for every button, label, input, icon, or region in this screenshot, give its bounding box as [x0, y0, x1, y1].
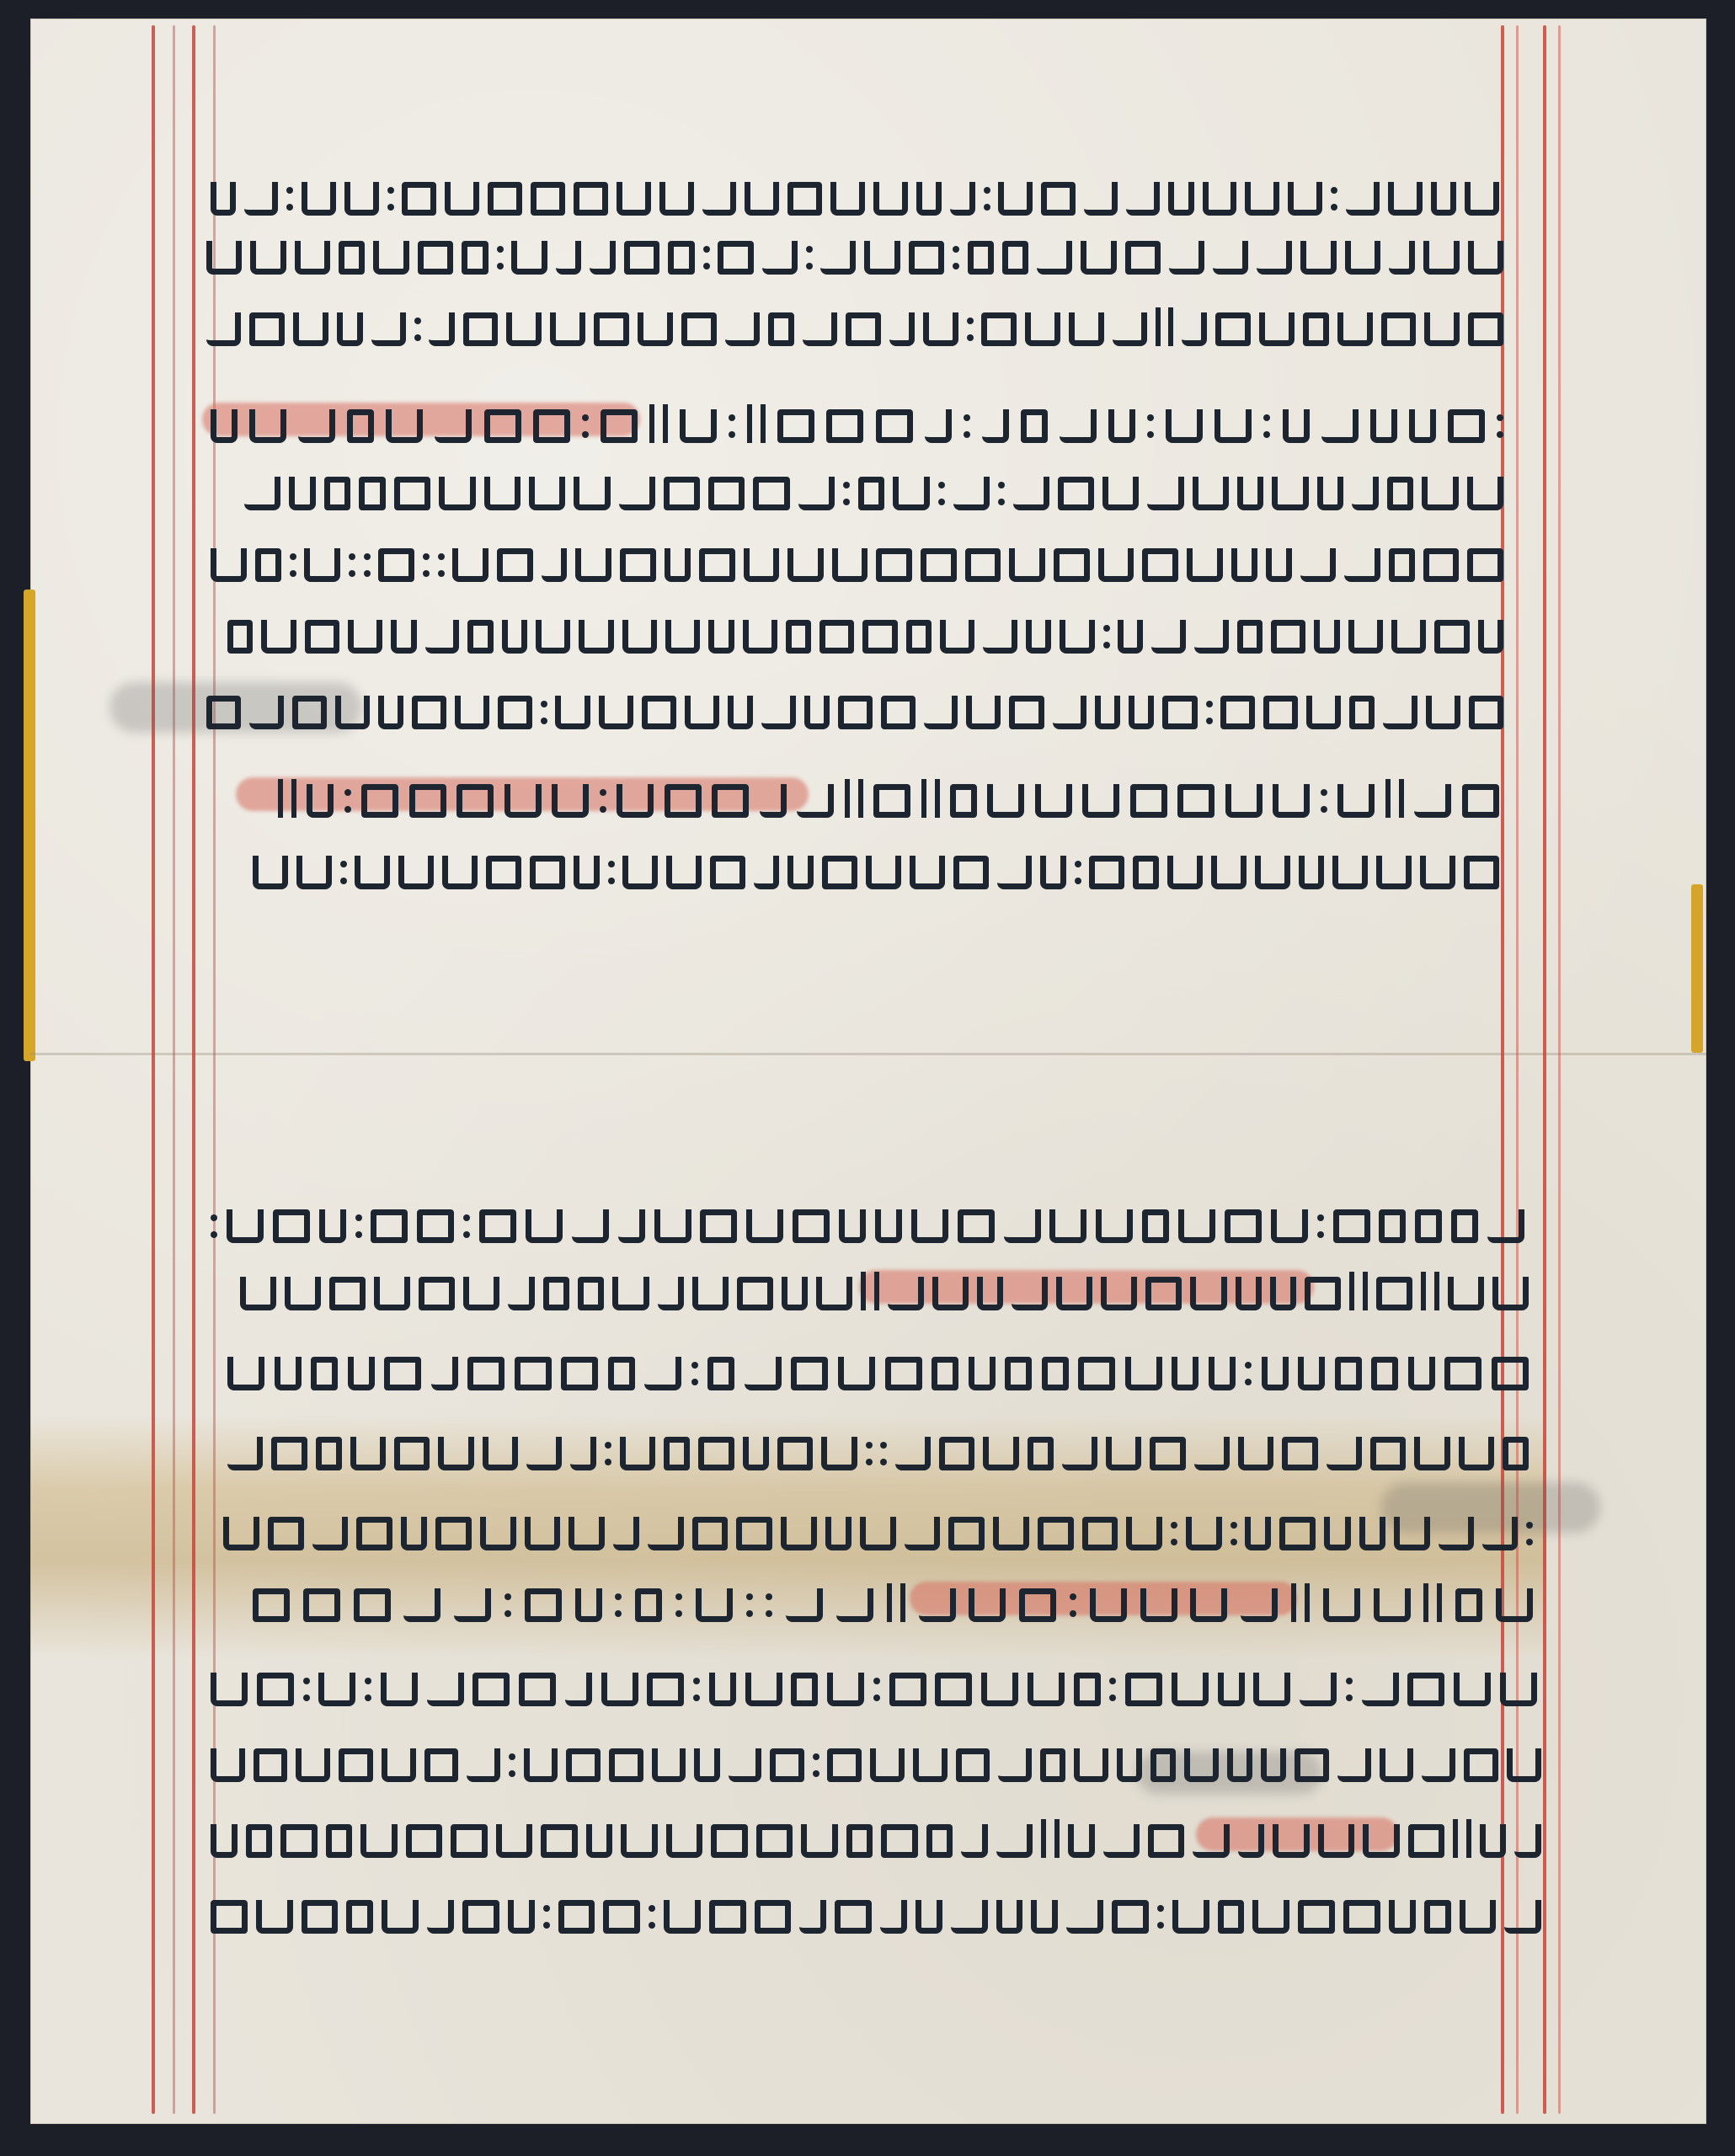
script-glyph	[1422, 1748, 1455, 1782]
script-glyph	[1040, 856, 1066, 889]
script-glyph	[508, 1900, 535, 1934]
visarga-mark	[303, 1673, 310, 1706]
script-glyph	[1004, 1209, 1041, 1243]
script-glyph	[1218, 1900, 1245, 1934]
danda-mark	[1453, 1819, 1471, 1858]
script-glyph	[1148, 1824, 1184, 1858]
script-glyph	[827, 1748, 862, 1782]
script-glyph	[921, 548, 957, 582]
script-glyph	[569, 1517, 605, 1550]
script-glyph	[555, 696, 590, 729]
script-glyph	[1167, 856, 1203, 889]
script-glyph	[1408, 1824, 1444, 1858]
script-glyph	[403, 1588, 440, 1622]
script-glyph	[1238, 1437, 1273, 1470]
visarga-mark	[866, 1437, 873, 1470]
script-glyph	[304, 548, 340, 582]
script-glyph	[718, 241, 753, 275]
script-glyph	[566, 1748, 601, 1782]
script-glyph	[550, 312, 585, 346]
visarga-mark	[344, 784, 351, 818]
visarga-mark	[582, 409, 589, 443]
script-glyph	[1299, 856, 1325, 889]
script-glyph	[1343, 1900, 1380, 1934]
script-glyph	[1383, 696, 1417, 729]
script-glyph	[981, 1673, 1018, 1706]
script-glyph	[355, 856, 390, 889]
script-glyph	[249, 409, 286, 443]
script-glyph	[745, 182, 779, 216]
script-glyph	[827, 1673, 864, 1706]
script-glyph	[1126, 182, 1160, 216]
script-glyph	[431, 1357, 458, 1390]
script-glyph	[1106, 1437, 1141, 1470]
visarga-mark	[691, 1357, 698, 1390]
script-glyph	[1098, 548, 1134, 582]
script-glyph	[463, 312, 499, 346]
visarga-mark	[1171, 1517, 1177, 1550]
script-glyph	[354, 1588, 391, 1622]
script-glyph	[761, 696, 795, 729]
script-glyph	[692, 1277, 729, 1310]
script-glyph	[1220, 696, 1255, 729]
danda-mark	[1291, 1583, 1310, 1622]
script-glyph	[1193, 477, 1229, 510]
script-glyph	[1255, 856, 1290, 889]
script-glyph	[586, 1824, 613, 1858]
script-glyph	[394, 477, 430, 510]
script-glyph	[836, 1588, 873, 1622]
script-glyph	[1327, 1437, 1362, 1470]
script-glyph	[319, 1209, 346, 1243]
text-line	[253, 839, 1499, 889]
danda-mark	[1421, 1272, 1439, 1310]
script-glyph	[1387, 477, 1414, 510]
script-glyph	[1480, 1824, 1507, 1858]
script-glyph	[1507, 1748, 1541, 1782]
script-glyph	[1318, 1824, 1354, 1858]
text-line	[206, 224, 1503, 275]
script-glyph	[391, 620, 416, 654]
script-glyph	[801, 1824, 837, 1858]
script-glyph	[1028, 1437, 1054, 1470]
script-glyph	[1273, 1824, 1309, 1858]
script-glyph	[1112, 1900, 1149, 1934]
script-glyph	[913, 1748, 948, 1782]
script-glyph	[316, 1437, 342, 1470]
script-glyph	[303, 1588, 340, 1622]
script-glyph	[838, 696, 873, 729]
script-glyph	[666, 856, 702, 889]
script-glyph	[654, 1209, 691, 1243]
script-glyph	[361, 784, 398, 818]
script-glyph	[373, 241, 408, 275]
danda-mark	[1423, 1583, 1442, 1622]
script-glyph	[1031, 1900, 1058, 1934]
script-glyph	[1420, 856, 1455, 889]
script-glyph	[997, 856, 1032, 889]
script-glyph	[556, 241, 582, 275]
script-glyph	[1113, 312, 1147, 346]
script-glyph	[1261, 1748, 1286, 1782]
script-glyph	[1271, 1209, 1308, 1243]
script-glyph	[378, 548, 414, 582]
script-glyph	[1125, 1673, 1162, 1706]
script-glyph	[608, 1357, 635, 1390]
script-glyph	[1454, 1673, 1491, 1706]
script-glyph	[227, 620, 253, 654]
script-glyph	[255, 548, 281, 582]
script-glyph	[1037, 241, 1072, 275]
script-glyph	[665, 548, 691, 582]
script-glyph	[344, 182, 379, 216]
script-glyph	[1238, 1824, 1265, 1858]
visarga-mark	[729, 409, 735, 443]
visarga-mark	[1346, 1673, 1353, 1706]
script-glyph	[621, 1824, 657, 1858]
visarga-mark	[438, 548, 445, 582]
text-line	[227, 1420, 1529, 1470]
script-glyph	[250, 241, 286, 275]
text-line	[227, 603, 1503, 654]
script-glyph	[885, 1357, 922, 1390]
script-glyph	[864, 241, 900, 275]
script-glyph	[1082, 784, 1119, 818]
script-glyph	[211, 1824, 238, 1858]
script-glyph	[515, 1357, 552, 1390]
script-glyph	[280, 1824, 317, 1858]
script-glyph	[467, 1748, 500, 1782]
script-glyph	[777, 1437, 813, 1470]
script-glyph	[1362, 1673, 1399, 1706]
script-glyph	[1145, 1277, 1182, 1310]
script-glyph	[745, 1357, 782, 1390]
script-glyph	[1468, 312, 1503, 346]
script-glyph	[1295, 1748, 1329, 1782]
script-glyph	[702, 182, 736, 216]
script-glyph	[909, 241, 944, 275]
script-glyph	[888, 1277, 924, 1310]
script-glyph	[1184, 1748, 1219, 1782]
script-glyph	[1337, 1748, 1371, 1782]
script-glyph	[298, 409, 335, 443]
script-glyph	[1190, 1588, 1227, 1622]
script-glyph	[386, 409, 423, 443]
script-glyph	[1379, 1209, 1406, 1243]
script-glyph	[273, 1209, 310, 1243]
script-glyph	[456, 784, 494, 818]
visarga-mark	[953, 241, 959, 275]
script-glyph	[1060, 409, 1097, 443]
visarga-mark	[938, 477, 945, 510]
script-glyph	[1503, 1437, 1529, 1470]
script-glyph	[1108, 409, 1135, 443]
script-glyph	[658, 1277, 684, 1310]
script-glyph	[206, 241, 242, 275]
script-glyph	[1194, 620, 1229, 654]
text-line	[206, 296, 1503, 346]
script-glyph	[923, 312, 958, 346]
script-glyph	[1082, 1517, 1118, 1550]
script-glyph	[1253, 1673, 1290, 1706]
script-glyph	[1422, 477, 1458, 510]
script-glyph	[982, 409, 1009, 443]
visarga-mark	[1157, 1900, 1164, 1934]
script-glyph	[737, 1277, 773, 1310]
script-glyph	[996, 1824, 1033, 1858]
script-glyph	[427, 1900, 454, 1934]
script-glyph	[1049, 1209, 1086, 1243]
script-glyph	[1389, 548, 1415, 582]
script-glyph	[1169, 241, 1204, 275]
text-line	[211, 165, 1499, 216]
script-glyph	[820, 241, 856, 275]
script-glyph	[1211, 856, 1247, 889]
script-glyph	[1388, 182, 1423, 216]
script-glyph	[1279, 1517, 1316, 1550]
script-glyph	[889, 1673, 926, 1706]
script-glyph	[1026, 620, 1051, 654]
script-glyph	[463, 1277, 499, 1310]
visarga-mark	[1331, 182, 1337, 216]
script-glyph	[712, 784, 749, 818]
script-glyph	[822, 856, 857, 889]
script-glyph	[574, 477, 610, 510]
script-glyph	[1335, 1357, 1362, 1390]
text-line	[211, 531, 1503, 582]
script-glyph	[797, 784, 834, 818]
script-glyph	[620, 548, 656, 582]
script-glyph	[574, 856, 600, 889]
script-glyph	[893, 477, 929, 510]
script-glyph	[285, 1277, 321, 1310]
script-glyph	[711, 1824, 747, 1858]
script-glyph	[1426, 696, 1460, 729]
script-glyph	[743, 620, 777, 654]
visarga-mark	[998, 477, 1005, 510]
script-glyph	[725, 312, 760, 346]
script-glyph	[467, 1357, 504, 1390]
script-glyph	[966, 696, 1001, 729]
script-glyph	[601, 409, 638, 443]
script-glyph	[424, 1748, 459, 1782]
text-line	[211, 1193, 1524, 1243]
script-glyph	[939, 1437, 974, 1470]
script-glyph	[394, 1437, 430, 1470]
script-glyph	[1040, 1748, 1065, 1782]
script-glyph	[1125, 1357, 1162, 1390]
script-glyph	[1028, 1673, 1065, 1706]
script-glyph	[1078, 1357, 1115, 1390]
script-glyph	[1074, 1673, 1101, 1706]
script-glyph	[356, 1517, 392, 1550]
script-glyph	[926, 1824, 953, 1858]
script-glyph	[1469, 696, 1503, 729]
script-glyph	[895, 1437, 931, 1470]
script-glyph	[666, 1824, 702, 1858]
text-line	[211, 1883, 1541, 1934]
script-glyph	[968, 241, 994, 275]
script-glyph	[870, 1748, 905, 1782]
red-margin-rule	[1543, 25, 1546, 2114]
visarga-mark	[1103, 620, 1109, 654]
script-glyph	[1380, 1748, 1414, 1782]
script-glyph	[530, 856, 565, 889]
visarga-mark	[843, 477, 850, 510]
script-glyph	[1467, 477, 1503, 510]
script-glyph	[1147, 477, 1183, 510]
script-glyph	[1096, 1209, 1133, 1243]
script-glyph	[1038, 1517, 1074, 1550]
script-glyph	[1241, 1588, 1278, 1622]
script-glyph	[1464, 856, 1499, 889]
visarga-mark	[766, 1588, 772, 1622]
script-glyph	[746, 1209, 783, 1243]
script-glyph	[644, 1357, 681, 1390]
script-glyph	[622, 620, 657, 654]
visarga-mark	[984, 182, 990, 216]
script-glyph	[728, 696, 753, 729]
script-glyph	[1041, 182, 1076, 216]
script-glyph	[374, 1277, 410, 1310]
visarga-mark	[1263, 409, 1270, 443]
script-glyph	[1194, 1437, 1230, 1470]
script-glyph	[1218, 1673, 1245, 1706]
script-glyph	[1150, 1437, 1185, 1470]
script-glyph	[425, 620, 460, 654]
script-glyph	[951, 1900, 988, 1934]
script-glyph	[1337, 784, 1375, 818]
script-glyph	[244, 477, 280, 510]
script-glyph	[211, 1748, 245, 1782]
script-glyph	[402, 182, 436, 216]
script-glyph	[756, 1824, 793, 1858]
script-glyph	[382, 1748, 416, 1782]
script-glyph	[1451, 1209, 1478, 1243]
script-glyph	[635, 1588, 662, 1622]
text-line	[240, 1260, 1529, 1310]
script-glyph	[452, 548, 488, 582]
script-glyph	[1166, 409, 1203, 443]
script-glyph	[419, 1277, 455, 1310]
script-glyph	[1349, 696, 1375, 729]
visarga-mark	[1317, 1209, 1324, 1243]
script-glyph	[1348, 620, 1383, 654]
script-glyph	[348, 620, 382, 654]
visarga-mark	[1321, 784, 1327, 818]
script-glyph	[881, 696, 916, 729]
script-glyph	[1012, 1277, 1048, 1310]
script-glyph	[601, 1673, 638, 1706]
script-glyph	[736, 1517, 772, 1550]
script-glyph	[1321, 409, 1359, 443]
script-glyph	[1074, 1748, 1108, 1782]
script-glyph	[911, 1209, 948, 1243]
script-glyph	[950, 182, 974, 216]
script-glyph	[1231, 548, 1257, 582]
script-glyph	[1314, 620, 1339, 654]
script-glyph	[1056, 1277, 1092, 1310]
script-glyph	[1172, 1357, 1198, 1390]
script-glyph	[744, 548, 780, 582]
script-glyph	[709, 1673, 736, 1706]
script-glyph	[881, 1824, 917, 1858]
danda-mark	[278, 779, 296, 818]
script-glyph	[526, 1209, 563, 1243]
script-glyph	[866, 856, 901, 889]
script-glyph	[1130, 784, 1167, 818]
script-glyph	[427, 1673, 464, 1706]
danda-mark	[845, 779, 863, 818]
script-glyph	[1300, 241, 1336, 275]
script-glyph	[889, 312, 915, 346]
script-glyph	[1459, 1437, 1494, 1470]
script-glyph	[256, 1900, 293, 1934]
visarga-mark	[543, 1900, 550, 1934]
text-line	[253, 1572, 1533, 1622]
script-glyph	[793, 1209, 830, 1243]
red-margin-rule	[1516, 25, 1519, 2114]
script-glyph	[1125, 241, 1161, 275]
script-glyph	[1408, 1357, 1435, 1390]
script-glyph	[542, 548, 568, 582]
script-glyph	[1009, 696, 1044, 729]
script-glyph	[977, 1277, 1003, 1310]
visarga-mark	[1526, 1517, 1533, 1550]
script-glyph	[1203, 182, 1237, 216]
script-glyph	[786, 1588, 823, 1622]
script-glyph	[1062, 1437, 1097, 1470]
script-glyph	[665, 620, 700, 654]
visarga-mark	[211, 1209, 217, 1243]
script-glyph	[696, 1588, 733, 1622]
script-glyph	[1298, 1900, 1335, 1934]
script-glyph	[311, 1357, 338, 1390]
script-glyph	[762, 241, 798, 275]
script-glyph	[594, 312, 629, 346]
script-glyph	[1455, 1588, 1482, 1622]
visarga-mark	[605, 1437, 611, 1470]
script-glyph	[335, 696, 370, 729]
script-glyph	[1025, 312, 1060, 346]
script-glyph	[1259, 312, 1295, 346]
script-glyph	[969, 1588, 1006, 1622]
script-glyph	[1500, 1673, 1537, 1706]
script-glyph	[371, 312, 406, 346]
script-glyph	[574, 182, 608, 216]
script-glyph	[1262, 1357, 1289, 1390]
script-glyph	[1069, 312, 1104, 346]
script-glyph	[578, 1277, 604, 1310]
script-glyph	[825, 1517, 851, 1550]
script-glyph	[835, 1900, 872, 1934]
script-glyph	[1245, 182, 1279, 216]
script-glyph	[983, 620, 1017, 654]
script-glyph	[1021, 409, 1048, 443]
script-glyph	[1468, 241, 1503, 275]
script-glyph	[1371, 1357, 1398, 1390]
script-glyph	[1126, 1517, 1162, 1550]
script-glyph	[318, 1673, 355, 1706]
script-glyph	[987, 784, 1024, 818]
script-glyph	[1273, 784, 1310, 818]
script-glyph	[1300, 1673, 1337, 1706]
script-glyph	[484, 409, 521, 443]
script-glyph	[406, 1824, 442, 1858]
script-glyph	[249, 696, 283, 729]
script-glyph	[830, 182, 865, 216]
script-glyph	[223, 1517, 259, 1550]
